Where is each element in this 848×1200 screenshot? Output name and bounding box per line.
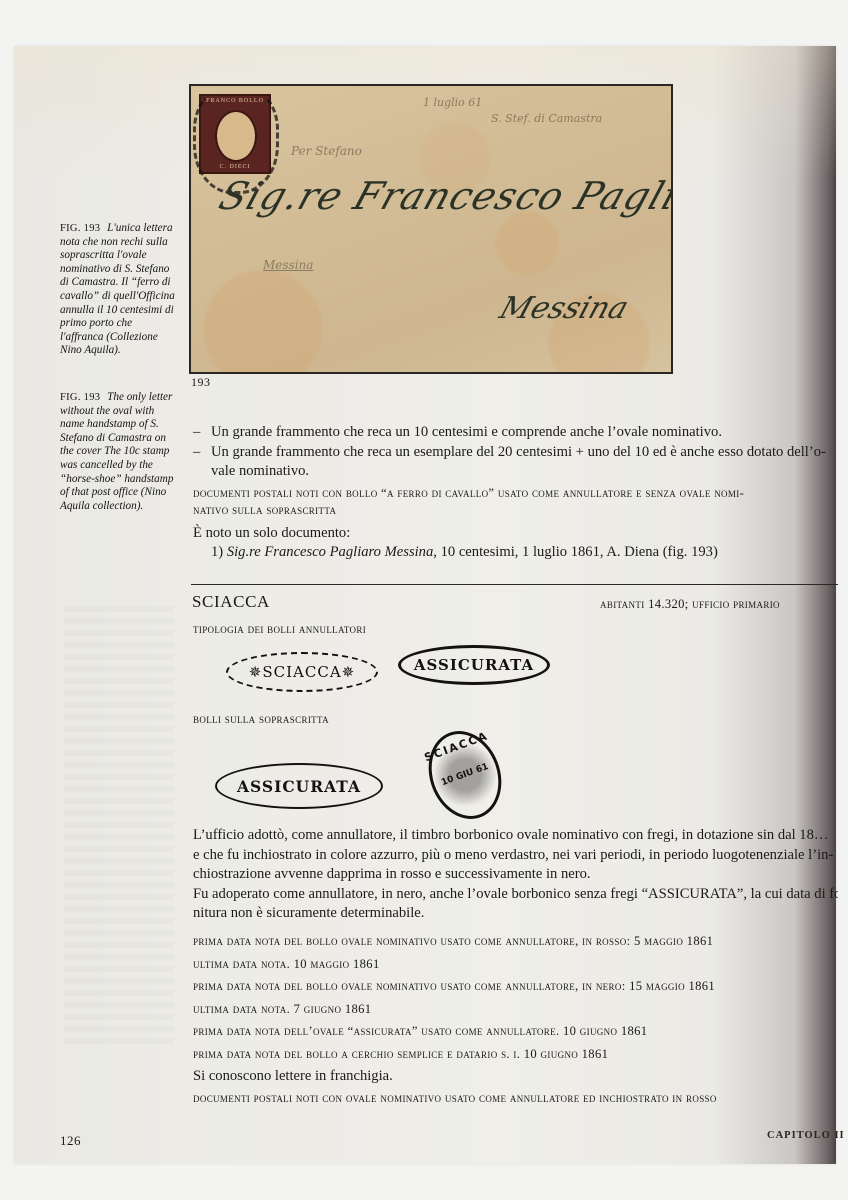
franchigia-text: Si conoscono lettere in franchigia. [193, 1065, 838, 1087]
section-title: SCIACCA [192, 592, 270, 612]
paragraph-line: Fu adoperato come annullatore, in nero, … [193, 885, 838, 905]
figure-caption-italian: FIG. 193 L'unica lettera nota che non re… [60, 222, 176, 358]
documents-heading: DOCUMENTI POSTALI NOTI CON BOLLO “A FERR… [193, 485, 838, 519]
paragraph-line: e che fu inchiostrato in colore azzurro,… [193, 846, 838, 866]
figure-label: FIG. 193 [60, 392, 100, 403]
documents-heading-line: NATIVO SULLA SOPRASCRITTA [193, 502, 838, 519]
oval-assicurata-stamp: ASSICURATA [398, 645, 550, 685]
handwritten-note-bottom-left: Messina [263, 258, 313, 272]
handwritten-city: Messina [495, 291, 632, 326]
page-number: 126 [60, 1133, 81, 1149]
figure-number: 193 [191, 375, 211, 390]
documents-heading-line: DOCUMENTI POSTALI NOTI CON BOLLO “A FERR… [193, 485, 838, 502]
bleed-through-text [64, 606, 174, 1046]
fact-line: PRIMA DATA NOTA DEL BOLLO A CERCHIO SEMP… [193, 1043, 838, 1066]
oval-assicurata-cover-stamp: ASSICURATA [215, 763, 383, 809]
caption-text: L'unica lettera nota che non rechi sulla… [60, 222, 175, 356]
list-item-continuation: vale nominativo. [193, 462, 838, 482]
handwritten-note-top-left: 1 luglio 61 [423, 96, 482, 109]
oval-sciacca-stamp: ✵SCIACCA✵ [226, 652, 378, 692]
document-details: , 10 centesimi, 1 luglio 1861, A. Diena … [433, 544, 718, 560]
fact-line: PRIMA DATA NOTA DEL BOLLO OVALE NOMINATI… [193, 930, 838, 953]
fact-line: ULTIMA DATA NOTA. 10 MAGGIO 1861 [193, 953, 838, 976]
circle-stamp-date: 10 GIU 61 [440, 761, 490, 788]
paragraph-line: L’ufficio adottò, come annullatore, il t… [193, 826, 838, 846]
noto-text: È noto un solo documento: [193, 524, 838, 544]
handwritten-address: Sig.re Francesco Pagliaro [214, 174, 673, 218]
list-item: Un grande frammento che reca un esemplar… [193, 443, 838, 463]
handwritten-note-small: Per Stefano [291, 144, 362, 158]
fact-line: ULTIMA DATA NOTA. 7 GIUGNO 1861 [193, 998, 838, 1021]
document-item: 1) Sig.re Francesco Pagliaro Messina, 10… [193, 543, 838, 563]
list-item: Un grande frammento che reca un 10 cente… [193, 423, 838, 443]
bolli-heading: BOLLI SULLA SOPRASCRITTA [193, 711, 838, 728]
description-paragraph: L’ufficio adottò, come annullatore, il t… [193, 826, 838, 924]
letter-photo: FRANCO BOLLO C. DIECI 1 luglio 61 S. Ste… [189, 84, 673, 374]
list-item-continuation-text: vale nominativo. [211, 463, 309, 479]
section-meta: ABITANTI 14.320; UFFICIO PRIMARIO [600, 596, 838, 613]
fact-line: PRIMA DATA NOTA DEL BOLLO OVALE NOMINATI… [193, 975, 838, 998]
section-divider [191, 584, 838, 585]
figure-label: FIG. 193 [60, 223, 100, 234]
figure-caption-english: FIG. 193 The only letter without the ova… [60, 391, 176, 513]
document-addressee: Sig.re Francesco Pagliaro Messina [227, 544, 433, 560]
fact-line: PRIMA DATA NOTA DELL’OVALE “ASSICURATA” … [193, 1020, 838, 1043]
document-index: 1) [211, 544, 223, 560]
handwritten-note-top-right: S. Stef. di Camastra [491, 112, 602, 125]
caption-text: The only letter without the oval with na… [60, 391, 173, 512]
fragment-list: Un grande frammento che reca un 10 cente… [193, 423, 838, 482]
date-facts: PRIMA DATA NOTA DEL BOLLO OVALE NOMINATI… [193, 930, 838, 1110]
tipologia-heading: TIPOLOGIA DEI BOLLI ANNULLATORI [193, 621, 838, 638]
chapter-label: CAPITOLO II [767, 1130, 845, 1141]
paragraph-line: chiostrazione avvenne dapprima in rosso … [193, 865, 838, 885]
final-documents-heading: DOCUMENTI POSTALI NOTI CON OVALE NOMINAT… [193, 1087, 838, 1110]
paragraph-line: nitura non è sicuramente determinabile. [193, 904, 838, 924]
